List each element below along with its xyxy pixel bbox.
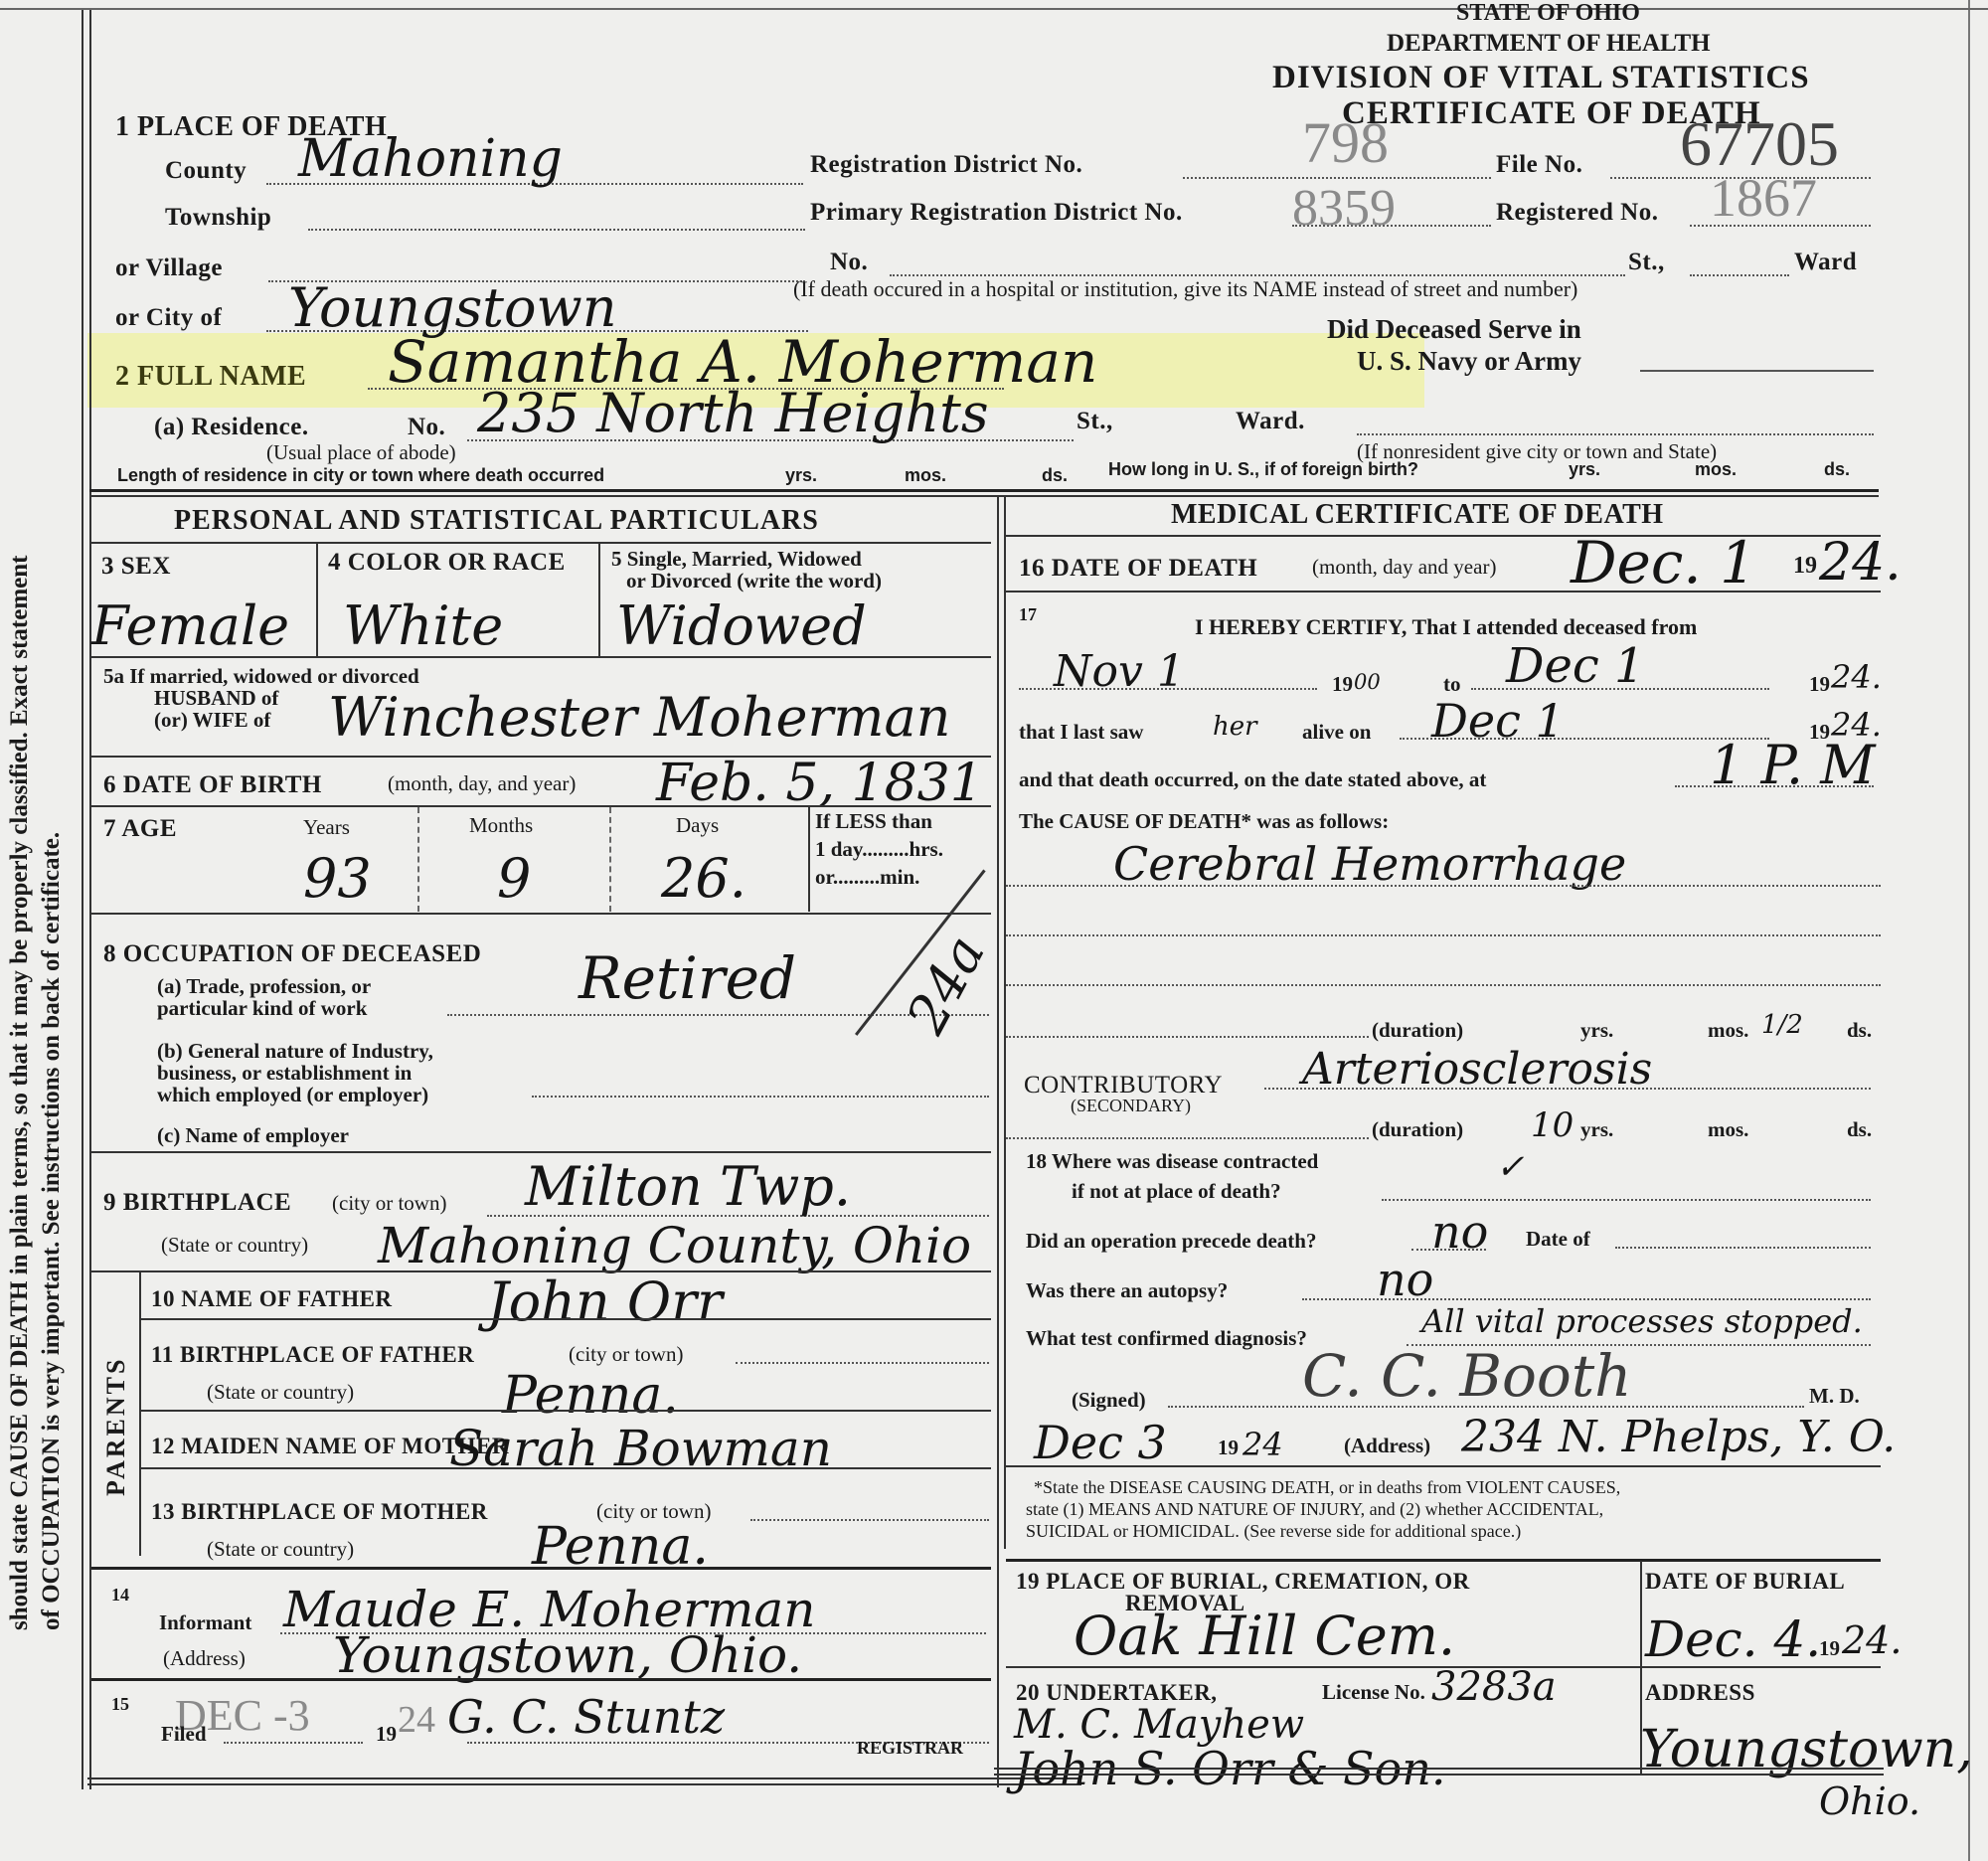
license-label: License No. bbox=[1322, 1680, 1425, 1705]
length-residence-label: Length of residence in city or town wher… bbox=[117, 465, 604, 486]
hospital-note: (If death occured in a hospital or insti… bbox=[793, 276, 1577, 302]
undertaker-address-value-1[interactable]: Youngstown, bbox=[1640, 1720, 1973, 1779]
age-years-value[interactable]: 93 bbox=[303, 847, 372, 910]
occupation-b-3: which employed (or employer) bbox=[157, 1083, 428, 1107]
secondary-label: (SECONDARY) bbox=[1071, 1096, 1191, 1116]
village-label: or Village bbox=[115, 254, 223, 282]
burial-date-label: DATE OF BURIAL bbox=[1645, 1569, 1845, 1595]
undertaker-address-value-2[interactable]: Ohio. bbox=[1819, 1779, 1920, 1823]
age-divider-1 bbox=[417, 807, 419, 912]
personal-section-title: PERSONAL AND STATISTICAL PARTICULARS bbox=[174, 505, 819, 537]
contrib-duration-yrs: yrs. bbox=[1580, 1117, 1613, 1142]
registered-no-value: 1867 bbox=[1710, 167, 1817, 229]
registration-district-label: Registration District No. bbox=[810, 151, 1082, 179]
foreign-birth-label: How long in U. S., if of foreign birth? bbox=[1108, 459, 1418, 480]
street-st-label: St., bbox=[1628, 249, 1665, 276]
operation-date-line bbox=[1615, 1247, 1871, 1249]
occupation-row-line bbox=[91, 1151, 991, 1153]
mother-row-line bbox=[141, 1467, 991, 1469]
father-row-line bbox=[141, 1318, 991, 1320]
registrar-label: REGISTRAR bbox=[857, 1738, 963, 1759]
time-of-death-value[interactable]: 1 P. M bbox=[1710, 734, 1876, 796]
father-name-value[interactable]: John Orr bbox=[487, 1270, 723, 1333]
foreign-mos: mos. bbox=[1695, 459, 1737, 480]
father-bp-row-line bbox=[141, 1410, 991, 1412]
header-state: STATE OF OHIO bbox=[1456, 0, 1640, 27]
race-marital-divider bbox=[598, 542, 600, 656]
file-no-label: File No. bbox=[1496, 151, 1582, 179]
death-certificate: should state CAUSE OF DEATH in plain ter… bbox=[0, 0, 1988, 1861]
frame-left-outer bbox=[82, 10, 83, 1789]
license-value[interactable]: 3283a bbox=[1431, 1664, 1557, 1710]
birthplace-state-value[interactable]: Mahoning County, Ohio bbox=[378, 1217, 971, 1274]
operation-value[interactable]: no bbox=[1431, 1205, 1488, 1259]
age-months-value[interactable]: 9 bbox=[497, 847, 531, 910]
informant-address-label: (Address) bbox=[163, 1646, 246, 1671]
street-ward-label: Ward bbox=[1794, 249, 1857, 276]
residence-label: (a) Residence. bbox=[154, 414, 309, 441]
mother-state-label: (State or country) bbox=[207, 1537, 354, 1562]
frame-top bbox=[0, 8, 1988, 10]
contrib-duration-mos: mos. bbox=[1708, 1117, 1748, 1142]
father-name-label: 10 NAME OF FATHER bbox=[151, 1286, 393, 1312]
township-label: Township bbox=[165, 204, 271, 232]
attended-from-value[interactable]: Nov 1 bbox=[1054, 646, 1185, 697]
parents-bottom-line bbox=[91, 1567, 991, 1570]
county-label: County bbox=[165, 157, 247, 185]
contributory-value[interactable]: Arteriosclerosis bbox=[1302, 1044, 1652, 1095]
age-days-value[interactable]: 26. bbox=[661, 847, 746, 910]
age-row-line bbox=[91, 913, 991, 915]
informant-label: Informant bbox=[159, 1610, 251, 1635]
date-of-death-label: 16 DATE OF DEATH bbox=[1019, 555, 1257, 583]
father-state-value[interactable]: Penna. bbox=[502, 1366, 679, 1426]
occupation-c: (c) Name of employer bbox=[157, 1123, 349, 1148]
medical-section-title: MEDICAL CERTIFICATE OF DEATH bbox=[1171, 499, 1664, 531]
margin-instructions-line1: should state CAUSE OF DEATH in plain ter… bbox=[6, 556, 34, 1630]
occupation-label: 8 OCCUPATION OF DECEASED bbox=[103, 940, 481, 968]
birthplace-sub: (city or town) bbox=[332, 1191, 446, 1216]
signed-value[interactable]: C. C. Booth bbox=[1302, 1342, 1632, 1410]
physician-address-label: (Address) bbox=[1344, 1434, 1430, 1458]
dod-row-line bbox=[1006, 591, 1881, 592]
dod-year-prefix: 19 bbox=[1793, 553, 1817, 580]
parents-side-label: PARENTS bbox=[101, 1357, 131, 1496]
primary-registration-label: Primary Registration District No. bbox=[810, 199, 1183, 227]
father-state-label: (State or country) bbox=[207, 1380, 354, 1405]
street-ward-line bbox=[1690, 274, 1789, 276]
registrar-signature[interactable]: G. C. Stuntz bbox=[447, 1690, 725, 1744]
race-label: 4 COLOR OR RACE bbox=[328, 549, 566, 577]
signature-row-line bbox=[1006, 1465, 1881, 1467]
header-department: DEPARTMENT OF HEALTH bbox=[1387, 30, 1711, 58]
age-divider-2 bbox=[609, 807, 611, 912]
mother-bp-line bbox=[750, 1519, 989, 1521]
length-ds: ds. bbox=[1042, 465, 1068, 486]
marital-label-2: or Divorced (write the word) bbox=[626, 569, 882, 593]
township-line bbox=[308, 229, 805, 231]
last-saw-date[interactable]: Dec 1 bbox=[1431, 694, 1565, 748]
age-divider-3 bbox=[808, 807, 810, 912]
physician-address-value[interactable]: 234 N. Phelps, Y. O. bbox=[1461, 1412, 1896, 1462]
cause-duration-label: (duration) bbox=[1372, 1018, 1463, 1043]
full-name-label: 2 FULL NAME bbox=[115, 361, 306, 393]
header-division: DIVISION OF VITAL STATISTICS bbox=[1272, 60, 1810, 96]
medical-bottom-line bbox=[1006, 1559, 1881, 1562]
cause-duration-ds: ds. bbox=[1847, 1018, 1872, 1043]
spouse-value[interactable]: Winchester Moherman bbox=[328, 686, 950, 749]
filed-label: Filed bbox=[161, 1722, 207, 1747]
autopsy-value[interactable]: no bbox=[1377, 1253, 1433, 1306]
dod-year-value[interactable]: 24. bbox=[1819, 533, 1902, 592]
military-question-1: Did Deceased Serve in bbox=[1327, 314, 1581, 345]
alive-on-label: alive on bbox=[1302, 720, 1371, 745]
to-year-value[interactable]: 24. bbox=[1831, 658, 1882, 696]
operation-date-label: Date of bbox=[1526, 1227, 1590, 1252]
military-question-2: U. S. Navy or Army bbox=[1357, 346, 1581, 377]
cause-line-2 bbox=[1006, 934, 1881, 936]
sign-date-value[interactable]: Dec 3 bbox=[1034, 1416, 1167, 1469]
frame-right bbox=[1968, 0, 1970, 1861]
abode-note: (Usual place of abode) bbox=[266, 440, 456, 465]
age-label: 7 AGE bbox=[103, 815, 177, 843]
residence-ward-label: Ward. bbox=[1236, 408, 1305, 435]
registered-no-label: Registered No. bbox=[1496, 199, 1658, 227]
dob-label: 6 DATE OF BIRTH bbox=[103, 771, 322, 799]
birthplace-label: 9 BIRTHPLACE bbox=[103, 1189, 291, 1217]
attended-to-value[interactable]: Dec 1 bbox=[1506, 638, 1645, 694]
autopsy-label: Was there an autopsy? bbox=[1026, 1278, 1228, 1303]
residence-no-label: No. bbox=[408, 414, 445, 441]
dob-value[interactable]: Feb. 5, 1831 bbox=[656, 754, 983, 813]
residence-st-label: St., bbox=[1077, 408, 1113, 435]
contrib-duration-line bbox=[1006, 1137, 1369, 1139]
center-divider bbox=[997, 495, 999, 1787]
md-label: M. D. bbox=[1809, 1384, 1860, 1409]
undertaker-address-label: ADDRESS bbox=[1645, 1680, 1755, 1706]
last-saw-pronoun[interactable]: her bbox=[1213, 712, 1257, 742]
occupation-b-line bbox=[532, 1096, 989, 1098]
cause-duration-yrs: yrs. bbox=[1580, 1018, 1613, 1043]
from-year-value[interactable]: 00 bbox=[1354, 670, 1381, 694]
cause-duration-line bbox=[1006, 1036, 1369, 1038]
form-bottom-line bbox=[87, 1777, 1081, 1779]
less-than-label-1: If LESS than bbox=[815, 809, 932, 834]
certify-number: 17 bbox=[1019, 604, 1037, 625]
foreign-yrs: yrs. bbox=[1569, 459, 1600, 480]
burial-year-prefix: 19 bbox=[1819, 1636, 1840, 1661]
race-value[interactable]: White bbox=[343, 594, 503, 657]
personal-title-line bbox=[91, 542, 991, 544]
contrib-duration-label: (duration) bbox=[1372, 1117, 1463, 1142]
foreign-ds: ds. bbox=[1824, 459, 1850, 480]
sign-year-value[interactable]: 24 bbox=[1242, 1426, 1283, 1463]
parents-side-divider bbox=[139, 1272, 141, 1556]
cause-duration-mos: mos. bbox=[1708, 1018, 1748, 1043]
less-than-label-2: 1 day.........hrs. bbox=[815, 837, 943, 862]
date-of-death-sub: (month, day and year) bbox=[1312, 555, 1496, 580]
age-months-label: Months bbox=[469, 813, 533, 838]
death-occurred-label: and that death occurred, on the date sta… bbox=[1019, 767, 1486, 792]
age-days-label: Days bbox=[676, 813, 719, 838]
contrib-duration-yrs-value[interactable]: 10 bbox=[1531, 1105, 1574, 1145]
marital-value[interactable]: Widowed bbox=[616, 594, 867, 657]
primary-registration-value: 8359 bbox=[1292, 179, 1396, 238]
spouse-label-3: (or) WIFE of bbox=[154, 708, 270, 733]
disease-question-2: if not at place of death? bbox=[1072, 1179, 1281, 1204]
disease-line bbox=[1382, 1199, 1871, 1201]
last-saw-label: that I last saw bbox=[1019, 720, 1143, 745]
certify-text: I HEREBY CERTIFY, That I attended deceas… bbox=[1195, 614, 1697, 640]
occupation-a-2: particular kind of work bbox=[157, 996, 367, 1021]
center-divider-2 bbox=[1004, 495, 1006, 1549]
section-divider-top2 bbox=[89, 495, 1879, 497]
dob-sub: (month, day, and year) bbox=[388, 771, 576, 796]
military-line bbox=[1640, 370, 1874, 372]
signed-label: (Signed) bbox=[1072, 1388, 1146, 1413]
cause-of-death-label: The CAUSE OF DEATH* was as follows: bbox=[1019, 809, 1389, 834]
father-birthplace-sub: (city or town) bbox=[569, 1342, 683, 1367]
birthplace-city-value[interactable]: Milton Twp. bbox=[525, 1155, 851, 1218]
informant-bottom-line bbox=[91, 1678, 991, 1681]
county-value[interactable]: Mahoning bbox=[298, 129, 563, 189]
mother-birthplace-label: 13 BIRTHPLACE OF MOTHER bbox=[151, 1499, 488, 1525]
cause-line-3 bbox=[1006, 984, 1881, 986]
to-year-prefix: 19 bbox=[1809, 672, 1830, 697]
informant-number: 14 bbox=[111, 1585, 129, 1606]
burial-bottom-line-2 bbox=[994, 1774, 1884, 1776]
footnote-3: SUICIDAL or HOMICIDAL. (See reverse side… bbox=[1026, 1521, 1521, 1542]
cause-of-death-value[interactable]: Cerebral Hemorrhage bbox=[1113, 837, 1626, 891]
street-no-label: No. bbox=[830, 249, 868, 276]
residence-value[interactable]: 235 North Heights bbox=[477, 382, 989, 444]
burial-date-value[interactable]: Dec. 4. bbox=[1645, 1610, 1821, 1668]
length-yrs: yrs. bbox=[785, 465, 817, 486]
footnote-2: state (1) MEANS AND NATURE OF INJURY, an… bbox=[1026, 1499, 1603, 1520]
section-divider-top bbox=[89, 489, 1879, 492]
footnote-1: *State the DISEASE CAUSING DEATH, or in … bbox=[1034, 1477, 1620, 1498]
length-mos: mos. bbox=[905, 465, 946, 486]
margin-instructions-line2: of OCCUPATION is very important. See ins… bbox=[38, 832, 66, 1630]
birthplace-state-label: (State or country) bbox=[161, 1233, 308, 1258]
filed-year-prefix: 19 bbox=[376, 1722, 397, 1747]
filed-number: 15 bbox=[111, 1694, 129, 1715]
less-than-label-3: or.........min. bbox=[815, 865, 919, 890]
test-label: What test confirmed diagnosis? bbox=[1026, 1326, 1307, 1351]
test-value[interactable]: All vital processes stopped. bbox=[1421, 1302, 1863, 1340]
dob-row-line bbox=[91, 805, 991, 807]
date-of-death-value[interactable]: Dec. 1 bbox=[1571, 529, 1756, 596]
sex-value[interactable]: Female bbox=[91, 594, 289, 657]
burial-bottom-line bbox=[994, 1768, 1884, 1770]
filed-year-stamp: 24 bbox=[398, 1698, 435, 1742]
cause-duration-ds-value[interactable]: 1/2 bbox=[1761, 1010, 1803, 1040]
registration-district-value: 798 bbox=[1302, 109, 1389, 176]
occupation-a-value[interactable]: Retired bbox=[579, 944, 796, 1012]
sign-year-prefix: 19 bbox=[1218, 1436, 1239, 1460]
age-years-label: Years bbox=[303, 815, 350, 840]
informant-address-value[interactable]: Youngstown, Ohio. bbox=[333, 1626, 802, 1684]
father-birthplace-label: 11 BIRTHPLACE OF FATHER bbox=[151, 1342, 474, 1368]
form-bottom-line-2 bbox=[87, 1783, 1081, 1785]
sex-race-divider bbox=[316, 542, 318, 656]
filed-date-line bbox=[224, 1742, 363, 1744]
burial-year-value[interactable]: 24. bbox=[1842, 1618, 1902, 1662]
father-bp-line bbox=[736, 1362, 989, 1364]
occupation-stamp-code: 24a bbox=[895, 926, 997, 1044]
sex-row-line bbox=[91, 656, 991, 658]
frame-left-inner bbox=[89, 10, 91, 1789]
disease-value[interactable]: ✓ bbox=[1496, 1147, 1525, 1187]
disease-question-1: 18 Where was disease contracted bbox=[1026, 1149, 1318, 1174]
operation-label: Did an operation precede death? bbox=[1026, 1229, 1316, 1254]
contrib-duration-ds: ds. bbox=[1847, 1117, 1872, 1142]
residence-ward-line bbox=[1357, 433, 1874, 435]
burial-place-value[interactable]: Oak Hill Cem. bbox=[1074, 1605, 1455, 1667]
from-year-prefix: 19 bbox=[1332, 672, 1353, 697]
cause-line-1 bbox=[1006, 885, 1881, 887]
city-label: or City of bbox=[115, 304, 222, 332]
sex-label: 3 SEX bbox=[101, 553, 171, 581]
